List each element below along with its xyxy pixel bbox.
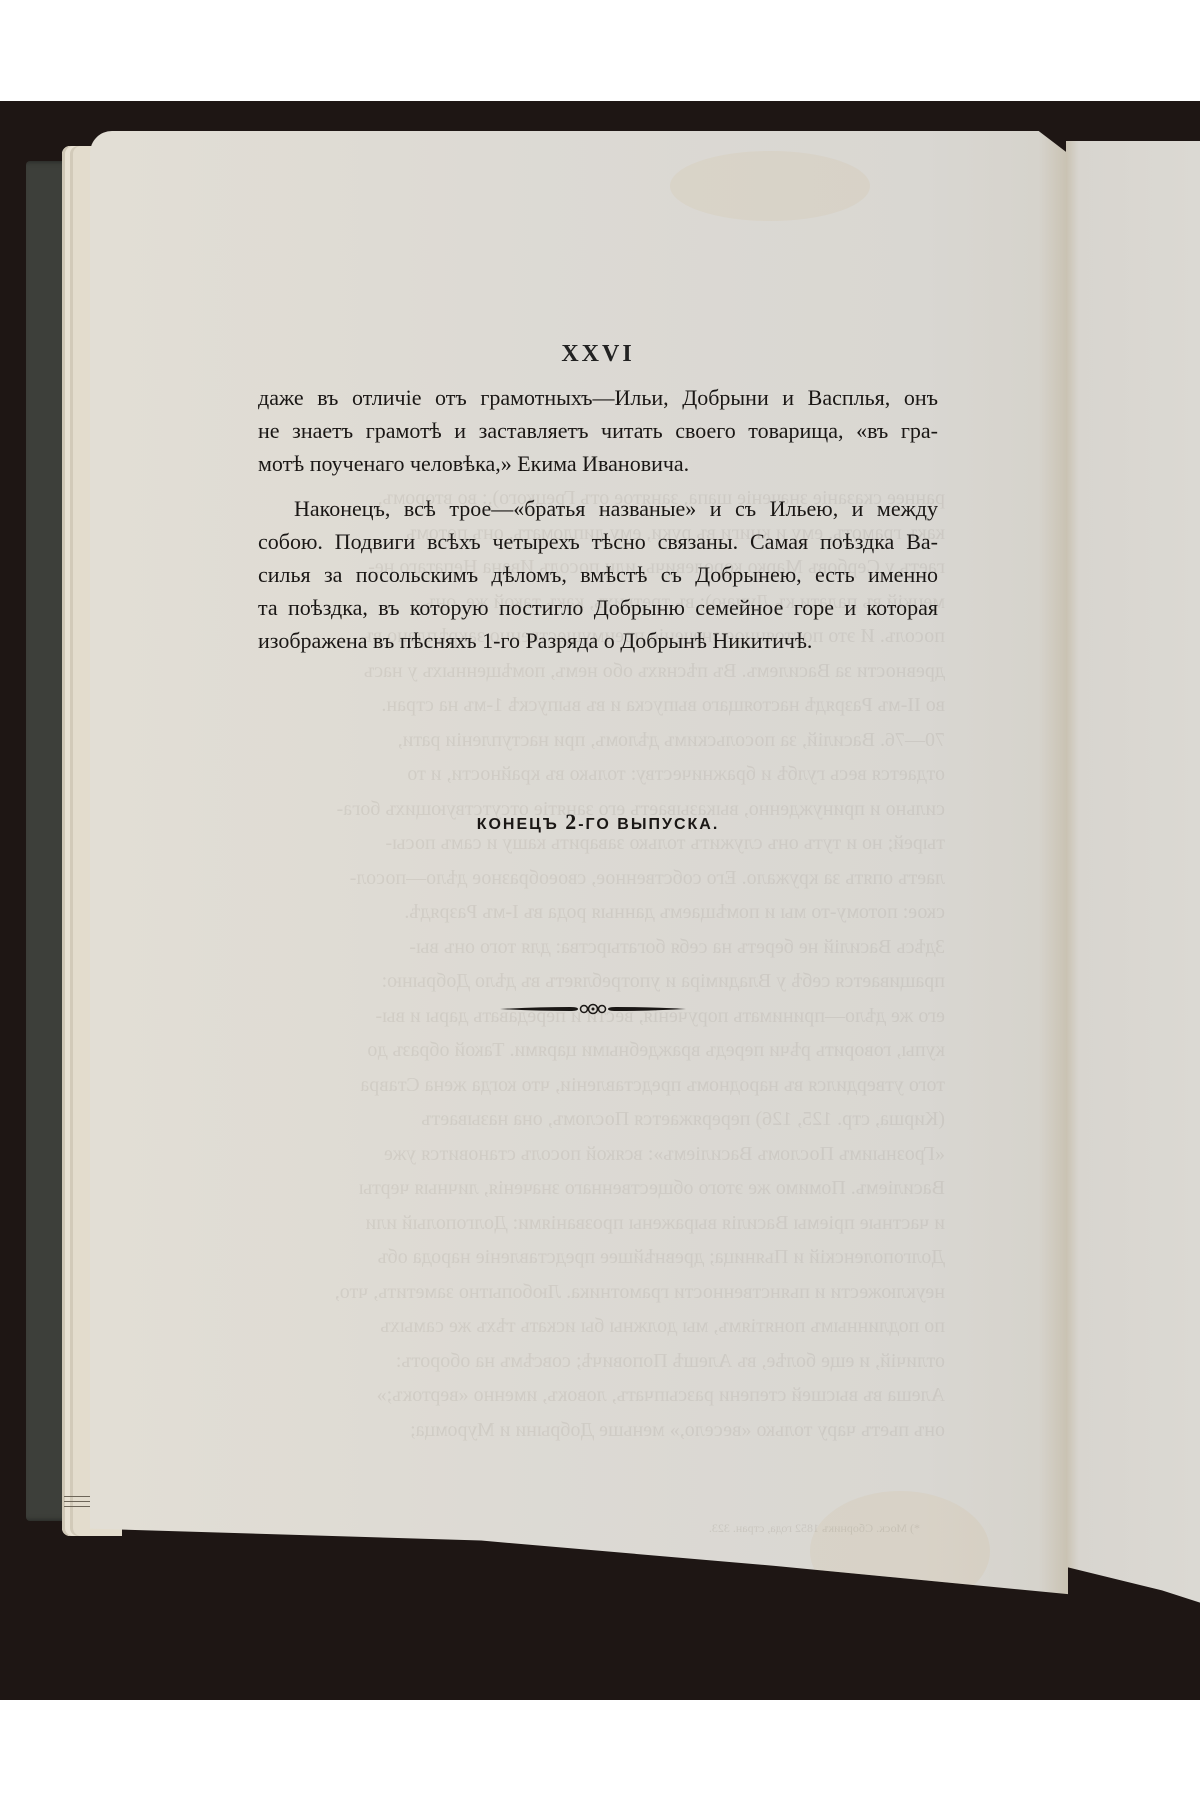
decorative-rule-icon — [498, 1001, 688, 1017]
text-line: не знаетъ грамотѣ и заставляетъ читать с… — [258, 414, 938, 447]
page-text: XXVI даже въ отличіе отъ грамотныхъ—Ильи… — [258, 381, 938, 657]
paper-stain — [670, 151, 870, 221]
page-number: XXVI — [258, 341, 938, 368]
end-of-issue-title: КОНЕЦЪ 2-ГО ВЫПУСКА. — [258, 809, 938, 835]
text-line: силья за посольскимъ дѣломъ, вмѣстѣ съ Д… — [258, 558, 938, 591]
show-through-footnote: *) Моск. Сборникъ 1852 года, стран. 323. — [360, 1521, 920, 1536]
book-photo: раннее сказаніе значеніе шапа, занятое о… — [0, 101, 1200, 1700]
right-page-edge — [1066, 141, 1200, 1611]
end-title-suffix: -ГО ВЫПУСКА. — [578, 816, 719, 833]
paragraph: даже въ отличіе отъ грамотныхъ—Ильи, Доб… — [258, 381, 938, 480]
text-line: изображена въ пѣсняхъ 1-го Разряда о Доб… — [258, 624, 938, 657]
text-line: даже въ отличіе отъ грамотныхъ—Ильи, Доб… — [258, 381, 938, 414]
end-title-prefix: КОНЕЦЪ — [477, 816, 559, 833]
text-line: та поѣздка, въ которую постигло Добрыню … — [258, 591, 938, 624]
end-title-number: 2 — [565, 809, 578, 834]
text-line: мотѣ поученаго человѣка,» Екима Иванович… — [258, 447, 938, 480]
paper-stain — [810, 1491, 990, 1611]
text-line: собою. Подвиги всѣхъ четырехъ тѣсно связ… — [258, 525, 938, 558]
paragraph: Наконецъ, всѣ трое—«братья названые» и с… — [258, 492, 938, 657]
text-line: Наконецъ, всѣ трое—«братья названые» и с… — [258, 492, 938, 525]
